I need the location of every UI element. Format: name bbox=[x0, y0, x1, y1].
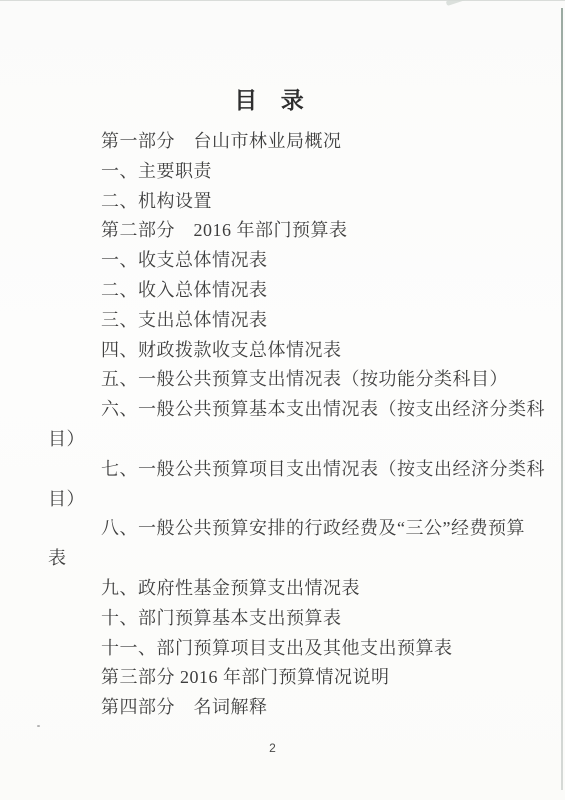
toc-entry: 一、主要职责 bbox=[48, 157, 518, 187]
page-title: 目 录 bbox=[40, 82, 502, 115]
toc-entry: 目） bbox=[48, 485, 518, 515]
toc-entry: 四、财政拨款收支总体情况表 bbox=[48, 336, 518, 366]
scan-speck-artifact bbox=[37, 725, 40, 727]
toc-entry: 目） bbox=[48, 425, 518, 455]
toc-entry: 八、一般公共预算安排的行政经费及“三公”经费预算 bbox=[48, 514, 518, 544]
toc-entry: 表 bbox=[48, 544, 518, 574]
table-of-contents: 第一部分 台山市林业局概况 一、主要职责 二、机构设置 第二部分 2016 年部… bbox=[48, 127, 518, 723]
scan-top-edge-artifact bbox=[0, 0, 565, 1]
toc-entry: 第二部分 2016 年部门预算表 bbox=[48, 216, 518, 246]
scanned-document-page: 目 录 第一部分 台山市林业局概况 一、主要职责 二、机构设置 第二部分 201… bbox=[0, 0, 565, 800]
toc-entry: 二、收入总体情况表 bbox=[48, 276, 518, 306]
toc-entry: 七、一般公共预算项目支出情况表（按支出经济分类科 bbox=[48, 455, 518, 485]
page-number: 2 bbox=[0, 741, 545, 755]
toc-entry: 第四部分 名词解释 bbox=[48, 693, 518, 723]
toc-entry: 十一、部门预算项目支出及其他支出预算表 bbox=[48, 634, 518, 664]
toc-entry: 十、部门预算基本支出预算表 bbox=[48, 604, 518, 634]
toc-entry: 九、政府性基金预算支出情况表 bbox=[48, 574, 518, 604]
toc-entry: 第一部分 台山市林业局概况 bbox=[48, 127, 518, 157]
toc-entry: 六、一般公共预算基本支出情况表（按支出经济分类科 bbox=[48, 395, 518, 425]
toc-entry: 五、一般公共预算支出情况表（按功能分类科目） bbox=[48, 365, 518, 395]
toc-entry: 二、机构设置 bbox=[48, 187, 518, 217]
toc-entry: 第三部分 2016 年部门预算情况说明 bbox=[48, 663, 518, 693]
scan-right-edge-artifact bbox=[561, 8, 563, 790]
toc-entry: 三、支出总体情况表 bbox=[48, 306, 518, 336]
toc-entry: 一、收支总体情况表 bbox=[48, 246, 518, 276]
